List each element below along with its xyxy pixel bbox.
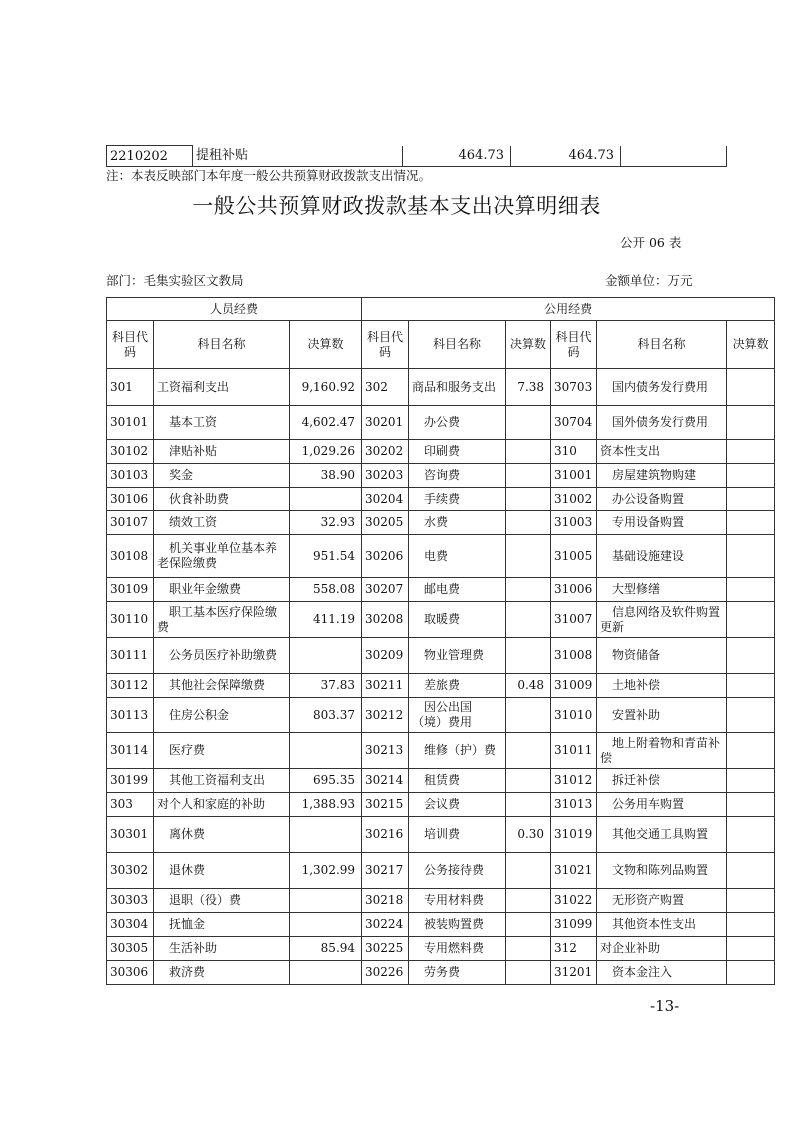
table-row: 30109职业年金缴费558.0830207邮电费31006大型修缮 xyxy=(107,578,775,602)
table-row: 30304抚恤金30224被装购置费31099其他资本性支出 xyxy=(107,913,775,937)
subject-code: 30703 xyxy=(551,369,597,406)
department-label: 部门：毛集实验区文教局 xyxy=(106,271,244,289)
subject-name: 退职（役）费 xyxy=(154,889,290,913)
subject-name: 救济费 xyxy=(154,961,290,985)
amount-cell: 32.93 xyxy=(290,511,362,535)
amount-cell xyxy=(506,733,551,769)
subject-name: 其他工资福利支出 xyxy=(154,769,290,793)
subject-name: 抚恤金 xyxy=(154,913,290,937)
subject-name: 资本金注入 xyxy=(597,961,727,985)
amount-cell: 464.73 xyxy=(403,146,511,167)
subject-code: 30303 xyxy=(107,889,154,913)
subject-name: 住房公积金 xyxy=(154,698,290,733)
subject-name: 无形资产购置 xyxy=(597,889,727,913)
subject-name: 工资福利支出 xyxy=(154,369,290,406)
subject-name: 因公出国（境）费用 xyxy=(409,698,506,733)
subject-name: 土地补偿 xyxy=(597,674,727,698)
amount-cell xyxy=(290,638,362,674)
amount-cell: 464.73 xyxy=(511,146,621,167)
header-name: 科目名称 xyxy=(597,321,727,369)
subject-code: 30204 xyxy=(362,488,409,511)
amount-cell xyxy=(506,769,551,793)
subject-code: 30109 xyxy=(107,578,154,602)
amount-cell: 951.54 xyxy=(290,535,362,578)
subject-code: 30215 xyxy=(362,793,409,817)
subject-code: 30704 xyxy=(551,406,597,440)
header-amount: 决算数 xyxy=(290,321,362,369)
amount-cell xyxy=(727,853,775,889)
subject-code: 31022 xyxy=(551,889,597,913)
amount-cell: 558.08 xyxy=(290,578,362,602)
subject-code: 30102 xyxy=(107,440,154,464)
table-row: 30113住房公积金803.3730212因公出国（境）费用31010安置补助 xyxy=(107,698,775,733)
subject-name: 劳务费 xyxy=(409,961,506,985)
subject-name: 水费 xyxy=(409,511,506,535)
amount-cell xyxy=(506,913,551,937)
table-row: 30103奖金38.9030203咨询费31001房屋建筑物购建 xyxy=(107,464,775,488)
amount-cell: 0.48 xyxy=(506,674,551,698)
subject-code: 31009 xyxy=(551,674,597,698)
amount-cell: 1,029.26 xyxy=(290,440,362,464)
amount-cell xyxy=(727,733,775,769)
amount-cell xyxy=(727,406,775,440)
column-header-row: 科目代码 科目名称 决算数 科目代码 科目名称 决算数 科目代码 科目名称 决算… xyxy=(107,321,775,369)
subject-code: 30217 xyxy=(362,853,409,889)
table-row: 30114医疗费30213维修（护）费31011地上附着物和青苗补偿 xyxy=(107,733,775,769)
subject-name: 对企业补助 xyxy=(597,937,727,961)
amount-cell: 411.19 xyxy=(290,602,362,638)
subject-name: 基础设施建设 xyxy=(597,535,727,578)
amount-cell xyxy=(506,853,551,889)
subject-code: 31010 xyxy=(551,698,597,733)
subject-name: 商品和服务支出 xyxy=(409,369,506,406)
subject-name: 专用燃料费 xyxy=(409,937,506,961)
subject-name: 办公设备购置 xyxy=(597,488,727,511)
table-row: 30111公务员医疗补助缴费30209物业管理费31008物资储备 xyxy=(107,638,775,674)
amount-cell xyxy=(727,535,775,578)
amount-cell xyxy=(727,440,775,464)
subject-name: 其他交通工具购置 xyxy=(597,817,727,853)
subject-code: 30108 xyxy=(107,535,154,578)
subject-name: 公务员医疗补助缴费 xyxy=(154,638,290,674)
subject-name: 会议费 xyxy=(409,793,506,817)
amount-cell xyxy=(506,578,551,602)
subject-code: 31021 xyxy=(551,853,597,889)
amount-cell: 85.94 xyxy=(290,937,362,961)
subject-code: 31006 xyxy=(551,578,597,602)
subject-code: 30107 xyxy=(107,511,154,535)
amount-cell xyxy=(506,698,551,733)
subject-code: 30110 xyxy=(107,602,154,638)
amount-cell xyxy=(727,369,775,406)
public-expense-header: 公用经费 xyxy=(362,298,775,321)
subject-name: 其他资本性支出 xyxy=(597,913,727,937)
subject-code: 30208 xyxy=(362,602,409,638)
subject-code: 30202 xyxy=(362,440,409,464)
header-code: 科目代码 xyxy=(551,321,597,369)
subject-name: 安置补助 xyxy=(597,698,727,733)
table-row: 30306救济费30226劳务费31201资本金注入 xyxy=(107,961,775,985)
table-row: 301工资福利支出9,160.92302商品和服务支出7.3830703国内债务… xyxy=(107,369,775,406)
amount-cell: 1,388.93 xyxy=(290,793,362,817)
subject-name: 国外债务发行费用 xyxy=(597,406,727,440)
table-row: 30112其他社会保障缴费37.8330211差旅费0.4831009土地补偿 xyxy=(107,674,775,698)
subject-name: 机关事业单位基本养老保险缴费 xyxy=(154,535,290,578)
header-name: 科目名称 xyxy=(409,321,506,369)
subject-name: 大型修缮 xyxy=(597,578,727,602)
amount-cell xyxy=(727,638,775,674)
amount-cell xyxy=(290,889,362,913)
subject-code: 30114 xyxy=(107,733,154,769)
subject-name: 物资储备 xyxy=(597,638,727,674)
subject-code: 303 xyxy=(107,793,154,817)
subject-code: 30305 xyxy=(107,937,154,961)
amount-cell xyxy=(290,817,362,853)
amount-cell xyxy=(506,889,551,913)
amount-unit-label: 金额单位：万元 xyxy=(605,271,693,289)
subject-name: 其他社会保障缴费 xyxy=(154,674,290,698)
table-note: 注：本表反映部门本年度一般公共预算财政拨款支出情况。 xyxy=(106,166,431,184)
amount-cell xyxy=(506,440,551,464)
subject-code: 30199 xyxy=(107,769,154,793)
amount-cell xyxy=(290,488,362,511)
subject-code: 30207 xyxy=(362,578,409,602)
subject-code: 30103 xyxy=(107,464,154,488)
amount-cell xyxy=(727,698,775,733)
table-row: 30102津贴补贴1,029.2630202印刷费310资本性支出 xyxy=(107,440,775,464)
table-code-label: 公开 06 表 xyxy=(620,233,681,251)
expenditure-detail-table: 人员经费 公用经费 科目代码 科目名称 决算数 科目代码 科目名称 决算数 科目… xyxy=(106,297,775,985)
subject-name: 手续费 xyxy=(409,488,506,511)
table-row: 30301离休费30216培训费0.3031019其他交通工具购置 xyxy=(107,817,775,853)
table-row: 30106伙食补助费30204手续费31002办公设备购置 xyxy=(107,488,775,511)
amount-cell xyxy=(727,913,775,937)
amount-cell xyxy=(727,488,775,511)
amount-cell xyxy=(506,511,551,535)
subject-code: 30211 xyxy=(362,674,409,698)
subject-code: 30212 xyxy=(362,698,409,733)
subject-name: 电费 xyxy=(409,535,506,578)
group-header-row: 人员经费 公用经费 xyxy=(107,298,775,321)
subject-code: 31008 xyxy=(551,638,597,674)
amount-cell xyxy=(506,638,551,674)
subject-name: 差旅费 xyxy=(409,674,506,698)
continued-table: 2210202 提租补贴 464.73 464.73 xyxy=(106,145,727,167)
subject-code: 31013 xyxy=(551,793,597,817)
amount-cell xyxy=(290,913,362,937)
subject-code: 31001 xyxy=(551,464,597,488)
subject-name: 培训费 xyxy=(409,817,506,853)
subject-code: 31019 xyxy=(551,817,597,853)
page-number: -13- xyxy=(650,997,679,1015)
table-row: 30110职工基本医疗保险缴费411.1930208取暖费31007信息网络及软… xyxy=(107,602,775,638)
subject-name: 维修（护）费 xyxy=(409,733,506,769)
subject-code: 31005 xyxy=(551,535,597,578)
table-row: 30305生活补助85.9430225专用燃料费312对企业补助 xyxy=(107,937,775,961)
amount-cell xyxy=(727,674,775,698)
subject-code: 30218 xyxy=(362,889,409,913)
subject-name: 房屋建筑物购建 xyxy=(597,464,727,488)
amount-cell xyxy=(506,937,551,961)
subject-code: 30225 xyxy=(362,937,409,961)
amount-cell: 37.83 xyxy=(290,674,362,698)
subject-code: 31201 xyxy=(551,961,597,985)
table-row: 30108机关事业单位基本养老保险缴费951.5430206电费31005基础设… xyxy=(107,535,775,578)
subject-name: 伙食补助费 xyxy=(154,488,290,511)
subject-code: 30206 xyxy=(362,535,409,578)
amount-cell xyxy=(727,817,775,853)
subject-code: 31003 xyxy=(551,511,597,535)
amount-cell xyxy=(506,464,551,488)
header-code: 科目代码 xyxy=(362,321,409,369)
subject-code: 301 xyxy=(107,369,154,406)
subject-name: 绩效工资 xyxy=(154,511,290,535)
subject-name: 拆迁补偿 xyxy=(597,769,727,793)
subject-code: 30216 xyxy=(362,817,409,853)
subject-name: 租赁费 xyxy=(409,769,506,793)
subject-name: 物业管理费 xyxy=(409,638,506,674)
subject-code: 30301 xyxy=(107,817,154,853)
personnel-expense-header: 人员经费 xyxy=(107,298,362,321)
subject-code: 30213 xyxy=(362,733,409,769)
header-name: 科目名称 xyxy=(154,321,290,369)
subject-name: 公务用车购置 xyxy=(597,793,727,817)
amount-cell xyxy=(290,733,362,769)
amount-cell xyxy=(727,511,775,535)
subject-name: 取暖费 xyxy=(409,602,506,638)
empty-cell xyxy=(621,146,727,167)
amount-cell xyxy=(506,961,551,985)
amount-cell: 4,602.47 xyxy=(290,406,362,440)
subject-name: 公务接待费 xyxy=(409,853,506,889)
subject-code: 30304 xyxy=(107,913,154,937)
amount-cell: 0.30 xyxy=(506,817,551,853)
page-title: 一般公共预算财政拨款基本支出决算明细表 xyxy=(0,190,793,220)
subject-name: 专用材料费 xyxy=(409,889,506,913)
subject-name: 对个人和家庭的补助 xyxy=(154,793,290,817)
table-row: 30302退休费1,302.9930217公务接待费31021文物和陈列品购置 xyxy=(107,853,775,889)
table-row: 30107绩效工资32.9330205水费31003专用设备购置 xyxy=(107,511,775,535)
amount-cell: 9,160.92 xyxy=(290,369,362,406)
header-amount: 决算数 xyxy=(506,321,551,369)
subject-name: 奖金 xyxy=(154,464,290,488)
table-row: 30199其他工资福利支出695.3530214租赁费31012拆迁补偿 xyxy=(107,769,775,793)
subject-name: 医疗费 xyxy=(154,733,290,769)
table-row: 303对个人和家庭的补助1,388.9330215会议费31013公务用车购置 xyxy=(107,793,775,817)
subject-code: 2210202 xyxy=(107,146,193,167)
subject-code: 30224 xyxy=(362,913,409,937)
amount-cell xyxy=(727,464,775,488)
subject-code: 31099 xyxy=(551,913,597,937)
subject-code: 30203 xyxy=(362,464,409,488)
subject-name: 邮电费 xyxy=(409,578,506,602)
subject-name: 资本性支出 xyxy=(597,440,727,464)
amount-cell xyxy=(506,535,551,578)
amount-cell: 38.90 xyxy=(290,464,362,488)
amount-cell: 7.38 xyxy=(506,369,551,406)
subject-name: 信息网络及软件购置更新 xyxy=(597,602,727,638)
header-amount: 决算数 xyxy=(727,321,775,369)
amount-cell xyxy=(506,406,551,440)
amount-cell xyxy=(506,602,551,638)
subject-code: 30209 xyxy=(362,638,409,674)
table-row: 30303退职（役）费30218专用材料费31022无形资产购置 xyxy=(107,889,775,913)
subject-code: 30214 xyxy=(362,769,409,793)
subject-name: 基本工资 xyxy=(154,406,290,440)
subject-name: 专用设备购置 xyxy=(597,511,727,535)
amount-cell xyxy=(727,961,775,985)
subject-name: 国内债务发行费用 xyxy=(597,369,727,406)
subject-code: 30112 xyxy=(107,674,154,698)
amount-cell xyxy=(727,889,775,913)
subject-code: 30111 xyxy=(107,638,154,674)
subject-name: 职业年金缴费 xyxy=(154,578,290,602)
subject-code: 30205 xyxy=(362,511,409,535)
subject-code: 30306 xyxy=(107,961,154,985)
amount-cell xyxy=(727,578,775,602)
subject-code: 30106 xyxy=(107,488,154,511)
subject-name: 办公费 xyxy=(409,406,506,440)
subject-name: 职工基本医疗保险缴费 xyxy=(154,602,290,638)
subject-name: 离休费 xyxy=(154,817,290,853)
subject-code: 30113 xyxy=(107,698,154,733)
subject-name: 生活补助 xyxy=(154,937,290,961)
amount-cell xyxy=(290,961,362,985)
table-row: 30101基本工资4,602.4730201办公费30704国外债务发行费用 xyxy=(107,406,775,440)
amount-cell: 1,302.99 xyxy=(290,853,362,889)
subject-name: 文物和陈列品购置 xyxy=(597,853,727,889)
table-row: 2210202 提租补贴 464.73 464.73 xyxy=(107,146,727,167)
subject-code: 310 xyxy=(551,440,597,464)
subject-code: 31002 xyxy=(551,488,597,511)
amount-cell: 695.35 xyxy=(290,769,362,793)
amount-cell xyxy=(506,488,551,511)
amount-cell xyxy=(727,602,775,638)
amount-cell xyxy=(727,793,775,817)
header-code: 科目代码 xyxy=(107,321,154,369)
subject-code: 30201 xyxy=(362,406,409,440)
subject-code: 31011 xyxy=(551,733,597,769)
subject-name: 地上附着物和青苗补偿 xyxy=(597,733,727,769)
subject-code: 30226 xyxy=(362,961,409,985)
subject-code: 30302 xyxy=(107,853,154,889)
subject-code: 302 xyxy=(362,369,409,406)
amount-cell xyxy=(727,937,775,961)
subject-name: 津贴补贴 xyxy=(154,440,290,464)
subject-code: 31012 xyxy=(551,769,597,793)
subject-name: 被装购置费 xyxy=(409,913,506,937)
subject-name: 印刷费 xyxy=(409,440,506,464)
amount-cell: 803.37 xyxy=(290,698,362,733)
subject-name: 退休费 xyxy=(154,853,290,889)
amount-cell xyxy=(727,769,775,793)
subject-code: 312 xyxy=(551,937,597,961)
subject-code: 31007 xyxy=(551,602,597,638)
subject-name: 提租补贴 xyxy=(193,146,403,167)
subject-name: 咨询费 xyxy=(409,464,506,488)
amount-cell xyxy=(506,793,551,817)
subject-code: 30101 xyxy=(107,406,154,440)
